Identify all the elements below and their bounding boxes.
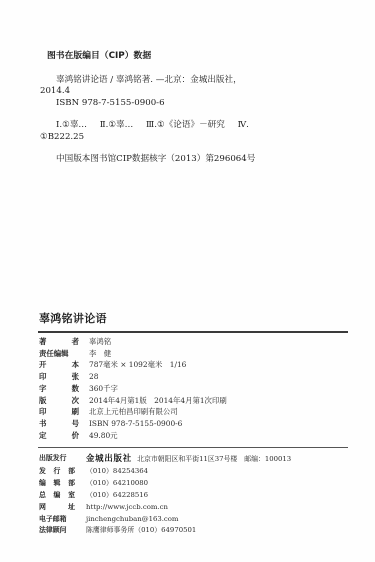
publisher-value: （010）84254364 [75, 466, 148, 478]
spec-label: 责任编辑 [39, 348, 79, 360]
publisher-website-link: http://www.jccb.com.cn [75, 502, 168, 514]
publisher-label: 总编室 [39, 490, 75, 502]
publisher-label: 发行部 [39, 466, 75, 478]
cip-classification-line: Ⅰ.①辜… Ⅱ.①辜… Ⅲ.①《论语》－研究 Ⅳ. [47, 120, 347, 132]
cip-classification-cont: ①B222.25 [40, 132, 347, 144]
publisher-divider [38, 447, 348, 448]
spec-label: 定价 [39, 430, 79, 442]
spec-value: 2014年4月第1版 2014年4月第1次印刷 [79, 395, 227, 407]
spec-label: 书号 [39, 418, 79, 430]
spec-row-price: 定价 49.80元 [39, 430, 227, 442]
spec-label: 版次 [39, 395, 79, 407]
publisher-info: 出版发行 金城出版社 北京市朝阳区和平街11区37号楼 邮编：100013 发行… [39, 453, 291, 537]
spec-label: 印张 [39, 371, 79, 383]
cip-heading: 图书在版编目（CIP）数据 [47, 51, 347, 63]
publisher-name: 金城出版社 [86, 453, 132, 463]
cip-class-1: Ⅰ.①辜… [56, 120, 87, 130]
spec-row-format: 开本 787毫米 × 1092毫米 1/16 [39, 359, 227, 371]
publisher-value: （010）64228516 [75, 490, 148, 502]
spec-value: 49.80元 [79, 430, 118, 442]
spec-value: 787毫米 × 1092毫米 1/16 [79, 359, 186, 371]
cip-record-number: 中国版本图书馆CIP数据核字（2013）第296064号 [47, 154, 347, 166]
publisher-label: 电子邮箱 [39, 514, 75, 526]
title-divider [38, 331, 348, 333]
cip-data-block: 图书在版编目（CIP）数据 辜鸿铭讲论语 / 辜鸿铭著. —北京：金城出版社， … [47, 51, 347, 166]
publisher-address: 北京市朝阳区和平街11区37号楼 邮编：100013 [137, 455, 291, 463]
spec-label: 字数 [39, 383, 79, 395]
spec-row-printer: 印刷 北京上元柏昌印刷有限公司 [39, 406, 227, 418]
spec-row-wordcount: 字数 360千字 [39, 383, 227, 395]
publisher-row-distribution: 出版发行 金城出版社 北京市朝阳区和平街11区37号楼 邮编：100013 [39, 453, 291, 466]
publisher-label: 出版发行 [39, 453, 75, 466]
publisher-email: jinchengchuban@163.com [75, 514, 178, 526]
copyright-page: 图书在版编目（CIP）数据 辜鸿铭讲论语 / 辜鸿铭著. —北京：金城出版社， … [0, 0, 375, 562]
spec-row-author: 著者 辜鸿铭 [39, 336, 227, 348]
publisher-row-editorial-dept: 编辑部 （010）64210080 [39, 478, 291, 490]
cip-isbn-line: ISBN 978-7-5155-0900-6 [47, 98, 347, 110]
cip-class-2: Ⅱ.①辜… [100, 120, 133, 130]
publisher-value: （010）64210080 [75, 478, 148, 490]
spec-row-editor: 责任编辑 李 健 [39, 348, 227, 360]
book-specs: 著者 辜鸿铭 责任编辑 李 健 开本 787毫米 × 1092毫米 1/16 印… [39, 336, 227, 441]
spec-row-sheets: 印张 28 [39, 371, 227, 383]
cip-title-line: 辜鸿铭讲论语 / 辜鸿铭著. —北京：金城出版社， [47, 75, 347, 87]
cip-class-3: Ⅲ.①《论语》－研究 [146, 120, 225, 130]
spec-value: ISBN 978-7-5155-0900-6 [79, 418, 182, 430]
publisher-row-legal: 法律顾问 陈鹰律师事务所（010）64970501 [39, 525, 291, 537]
spec-label: 开本 [39, 359, 79, 371]
publisher-row-chief-office: 总编室 （010）64228516 [39, 490, 291, 502]
publisher-label: 编辑部 [39, 478, 75, 490]
publisher-label: 网址 [39, 502, 75, 514]
publisher-label: 法律顾问 [39, 525, 75, 537]
spec-value: 辜鸿铭 [79, 336, 111, 348]
spec-value: 李 健 [79, 348, 111, 360]
spec-row-edition: 版次 2014年4月第1版 2014年4月第1次印刷 [39, 395, 227, 407]
publisher-row-website: 网址 http://www.jccb.com.cn [39, 502, 291, 514]
spec-row-isbn: 书号 ISBN 978-7-5155-0900-6 [39, 418, 227, 430]
spec-label: 著者 [39, 336, 79, 348]
spec-value: 28 [79, 371, 98, 383]
spec-value: 360千字 [79, 383, 118, 395]
spec-value: 北京上元柏昌印刷有限公司 [79, 406, 178, 418]
cip-date-line: 2014.4 [40, 86, 347, 98]
spec-label: 印刷 [39, 406, 79, 418]
publisher-row-sales-dept: 发行部 （010）84254364 [39, 466, 291, 478]
book-title: 辜鸿铭讲论语 [39, 310, 107, 326]
cip-class-4: Ⅳ. [238, 120, 249, 130]
publisher-value: 陈鹰律师事务所（010）64970501 [75, 525, 196, 537]
publisher-row-email: 电子邮箱 jinchengchuban@163.com [39, 514, 291, 526]
